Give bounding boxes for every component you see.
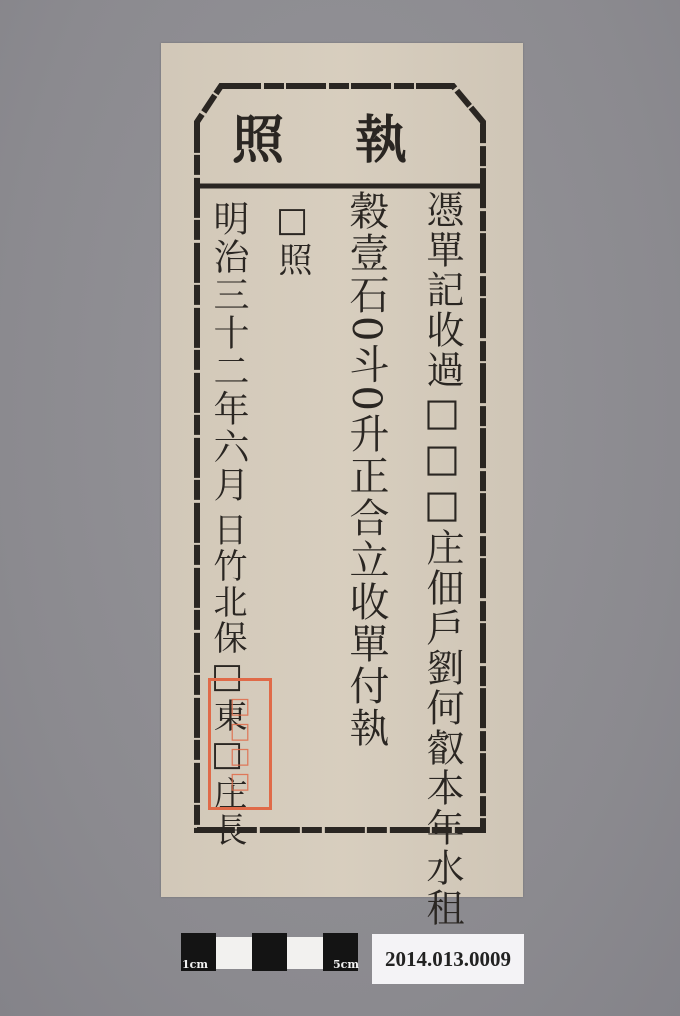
text-column-2: 穀壹石0斗0升正合立收單付執 bbox=[338, 190, 395, 749]
title-char-left: 照 bbox=[232, 98, 284, 173]
text-column-1: 憑單記收過□□□庄佃戶劉何叡本年水租 bbox=[415, 190, 470, 928]
date-column: 明治三十二年六月 bbox=[203, 200, 254, 504]
title-char-right: 執 bbox=[355, 98, 407, 173]
scale-label-right: 5cm bbox=[333, 958, 359, 971]
scale-label-left: 1cm bbox=[182, 958, 208, 971]
red-seal-stamp: □□□□ bbox=[208, 678, 272, 810]
seal-text: □□□□ bbox=[228, 694, 253, 794]
accession-number-label: 2014.013.0009 bbox=[372, 934, 524, 984]
text-column-3: □照 bbox=[268, 200, 317, 278]
